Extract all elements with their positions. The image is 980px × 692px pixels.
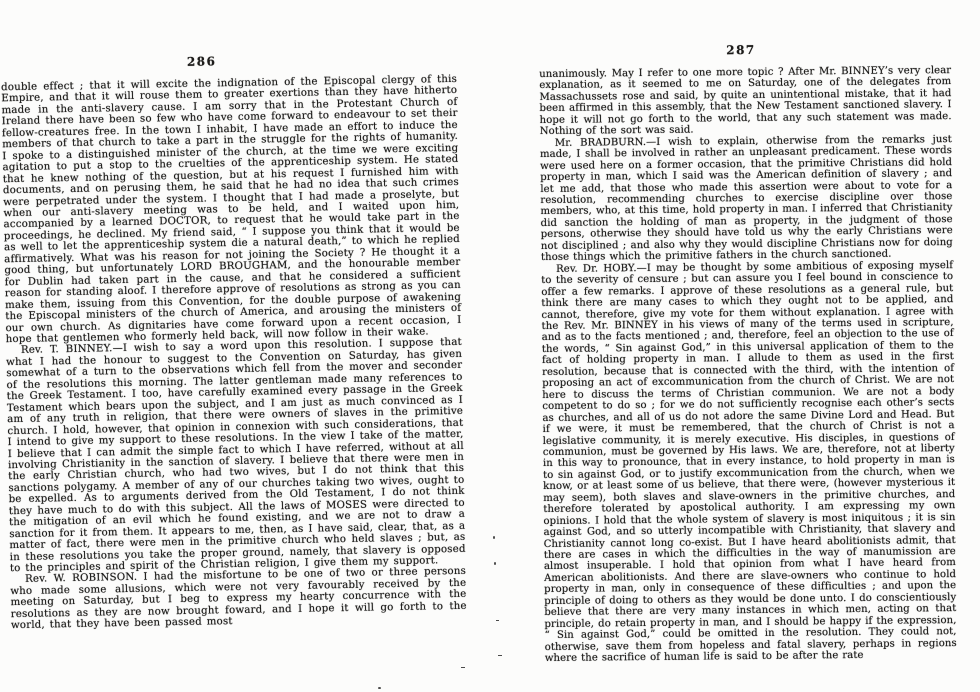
scan-speck: [493, 536, 495, 539]
scan-speck: [498, 655, 502, 656]
book-scan-spread: 286 double effect ; that it will excite …: [0, 0, 980, 692]
paragraph: Mr. BRADBURN.—I wish to explain, otherwi…: [540, 134, 953, 264]
scan-speck: [496, 620, 499, 621]
paragraph: unanimously. May I refer to one more top…: [539, 65, 952, 138]
page-number: 286: [0, 50, 430, 72]
paragraph: Rev. T. BINNEY.—I wish to say a word upo…: [6, 337, 466, 574]
scan-speck: [378, 687, 381, 689]
paragraph: double effect ; that it will excite the …: [1, 74, 462, 346]
scan-speck: [494, 562, 496, 565]
paragraph: Rev. W. ROBINSON. I had the misfortune t…: [10, 566, 467, 632]
paragraph: Rev. Dr. HOBY.—I may be thought by some …: [541, 260, 957, 665]
page-right: 287 unanimously. May I refer to one more…: [539, 65, 957, 664]
scan-speck: [461, 667, 465, 668]
page-left: 286 double effect ; that it will excite …: [1, 74, 467, 632]
page-number: 287: [535, 41, 947, 59]
